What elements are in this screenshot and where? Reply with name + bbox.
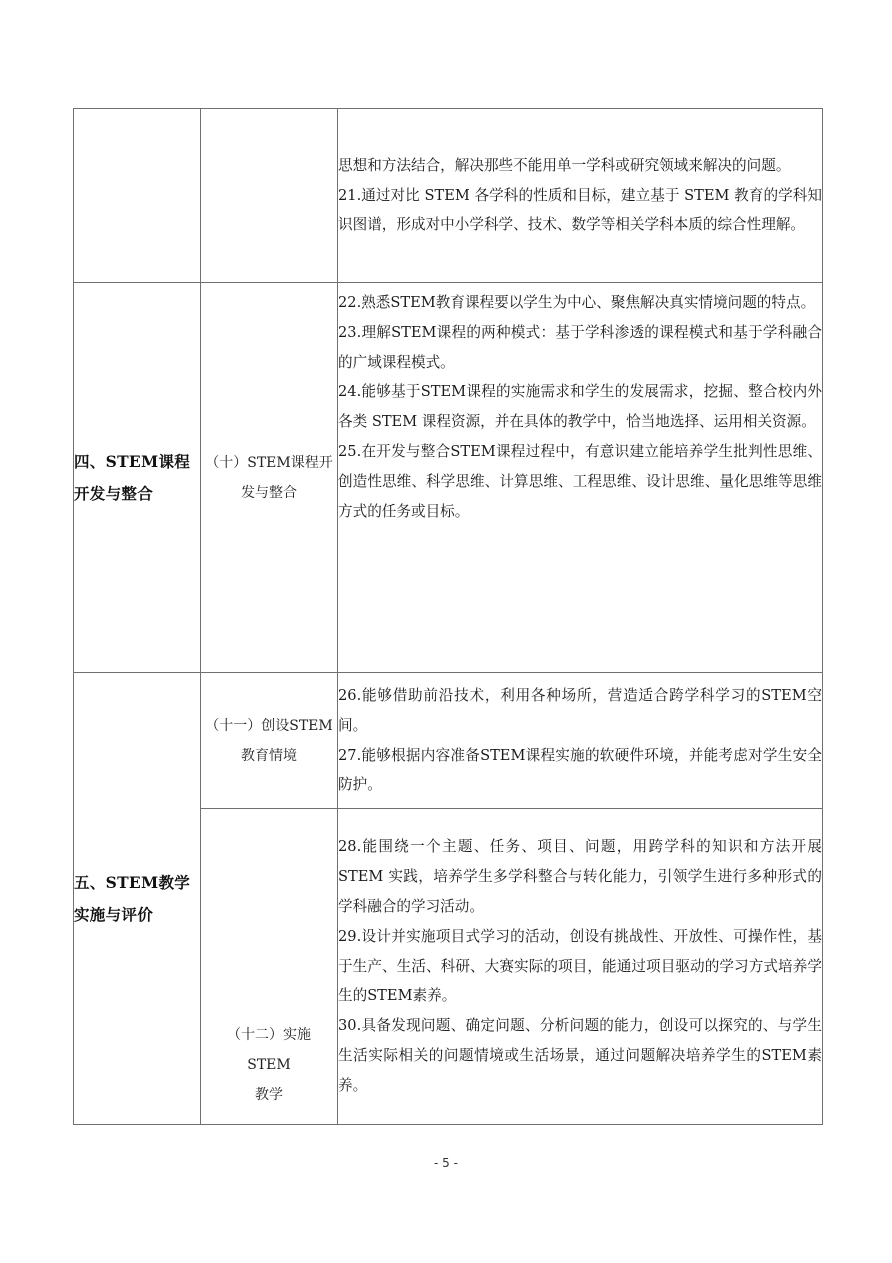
table-row: 四、STEM课程开发与整合 （十）STEM课程开发与整合 22.熟悉STEM教育… xyxy=(74,283,823,673)
items-cell: 26.能够借助前沿技术，利用各种场所，营造适合跨学科学习的STEM空间。 27.… xyxy=(338,673,823,809)
sub-dimension-line: 教学 xyxy=(201,1080,337,1110)
dimension-cell: 五、STEM教学实施与评价 xyxy=(74,673,201,1125)
table-row: 思想和方法结合，解决那些不能用单一学科或研究领域来解决的问题。 21.通过对比 … xyxy=(74,109,823,283)
table-row: 五、STEM教学实施与评价 （十一）创设STEM教育情境 26.能够借助前沿技术… xyxy=(74,673,823,809)
sub-dimension-cell: （十）STEM课程开发与整合 xyxy=(201,283,338,673)
page-number: - 5 - xyxy=(0,1156,892,1170)
sub-dimension-line: （十二）实施 xyxy=(201,1020,337,1050)
document-page: 思想和方法结合，解决那些不能用单一学科或研究领域来解决的问题。 21.通过对比 … xyxy=(0,0,892,1263)
item-text: 26.能够借助前沿技术，利用各种场所，营造适合跨学科学习的STEM空间。 xyxy=(338,681,822,741)
item-text: 25.在开发与整合STEM课程过程中，有意识建立能培养学生批判性思维、创造性思维… xyxy=(338,437,822,526)
item-text: 思想和方法结合，解决那些不能用单一学科或研究领域来解决的问题。 xyxy=(338,151,822,181)
item-text: 21.通过对比 STEM 各学科的性质和目标，建立基于 STEM 教育的学科知识… xyxy=(338,181,822,241)
sub-dimension-line: STEM xyxy=(201,1050,337,1080)
item-text: 23.理解STEM课程的两种模式：基于学科渗透的课程模式和基于学科融合的广域课程… xyxy=(338,318,822,378)
items-cell: 28.能围绕一个主题、任务、项目、问题，用跨学科的知识和方法开展 STEM 实践… xyxy=(338,809,823,1125)
sub-dimension-cell: （十一）创设STEM教育情境 xyxy=(201,673,338,809)
items-cell: 思想和方法结合，解决那些不能用单一学科或研究领域来解决的问题。 21.通过对比 … xyxy=(338,109,823,283)
item-text: 24.能够基于STEM课程的实施需求和学生的发展需求，挖掘、整合校内外各类 ST… xyxy=(338,377,822,437)
dimension-cell: 四、STEM课程开发与整合 xyxy=(74,283,201,673)
sub-dimension-cell: （十二）实施 STEM 教学 xyxy=(201,809,338,1125)
item-text: 30.具备发现问题、确定问题、分析问题的能力，创设可以探究的、与学生生活实际相关… xyxy=(338,1011,822,1100)
items-cell: 22.熟悉STEM教育课程要以学生为中心、聚焦解决真实情境问题的特点。 23.理… xyxy=(338,283,823,673)
sub-dimension-cell xyxy=(201,109,338,283)
item-text: 27.能够根据内容准备STEM课程实施的软硬件环境，并能考虑对学生安全防护。 xyxy=(338,741,822,801)
standards-table: 思想和方法结合，解决那些不能用单一学科或研究领域来解决的问题。 21.通过对比 … xyxy=(73,108,823,1125)
item-text: 28.能围绕一个主题、任务、项目、问题，用跨学科的知识和方法开展 STEM 实践… xyxy=(338,832,822,921)
item-text: 22.熟悉STEM教育课程要以学生为中心、聚焦解决真实情境问题的特点。 xyxy=(338,288,822,318)
dimension-cell xyxy=(74,109,201,283)
item-text: 29.设计并实施项目式学习的活动，创设有挑战性、开放性、可操作性，基于生产、生活… xyxy=(338,922,822,1011)
